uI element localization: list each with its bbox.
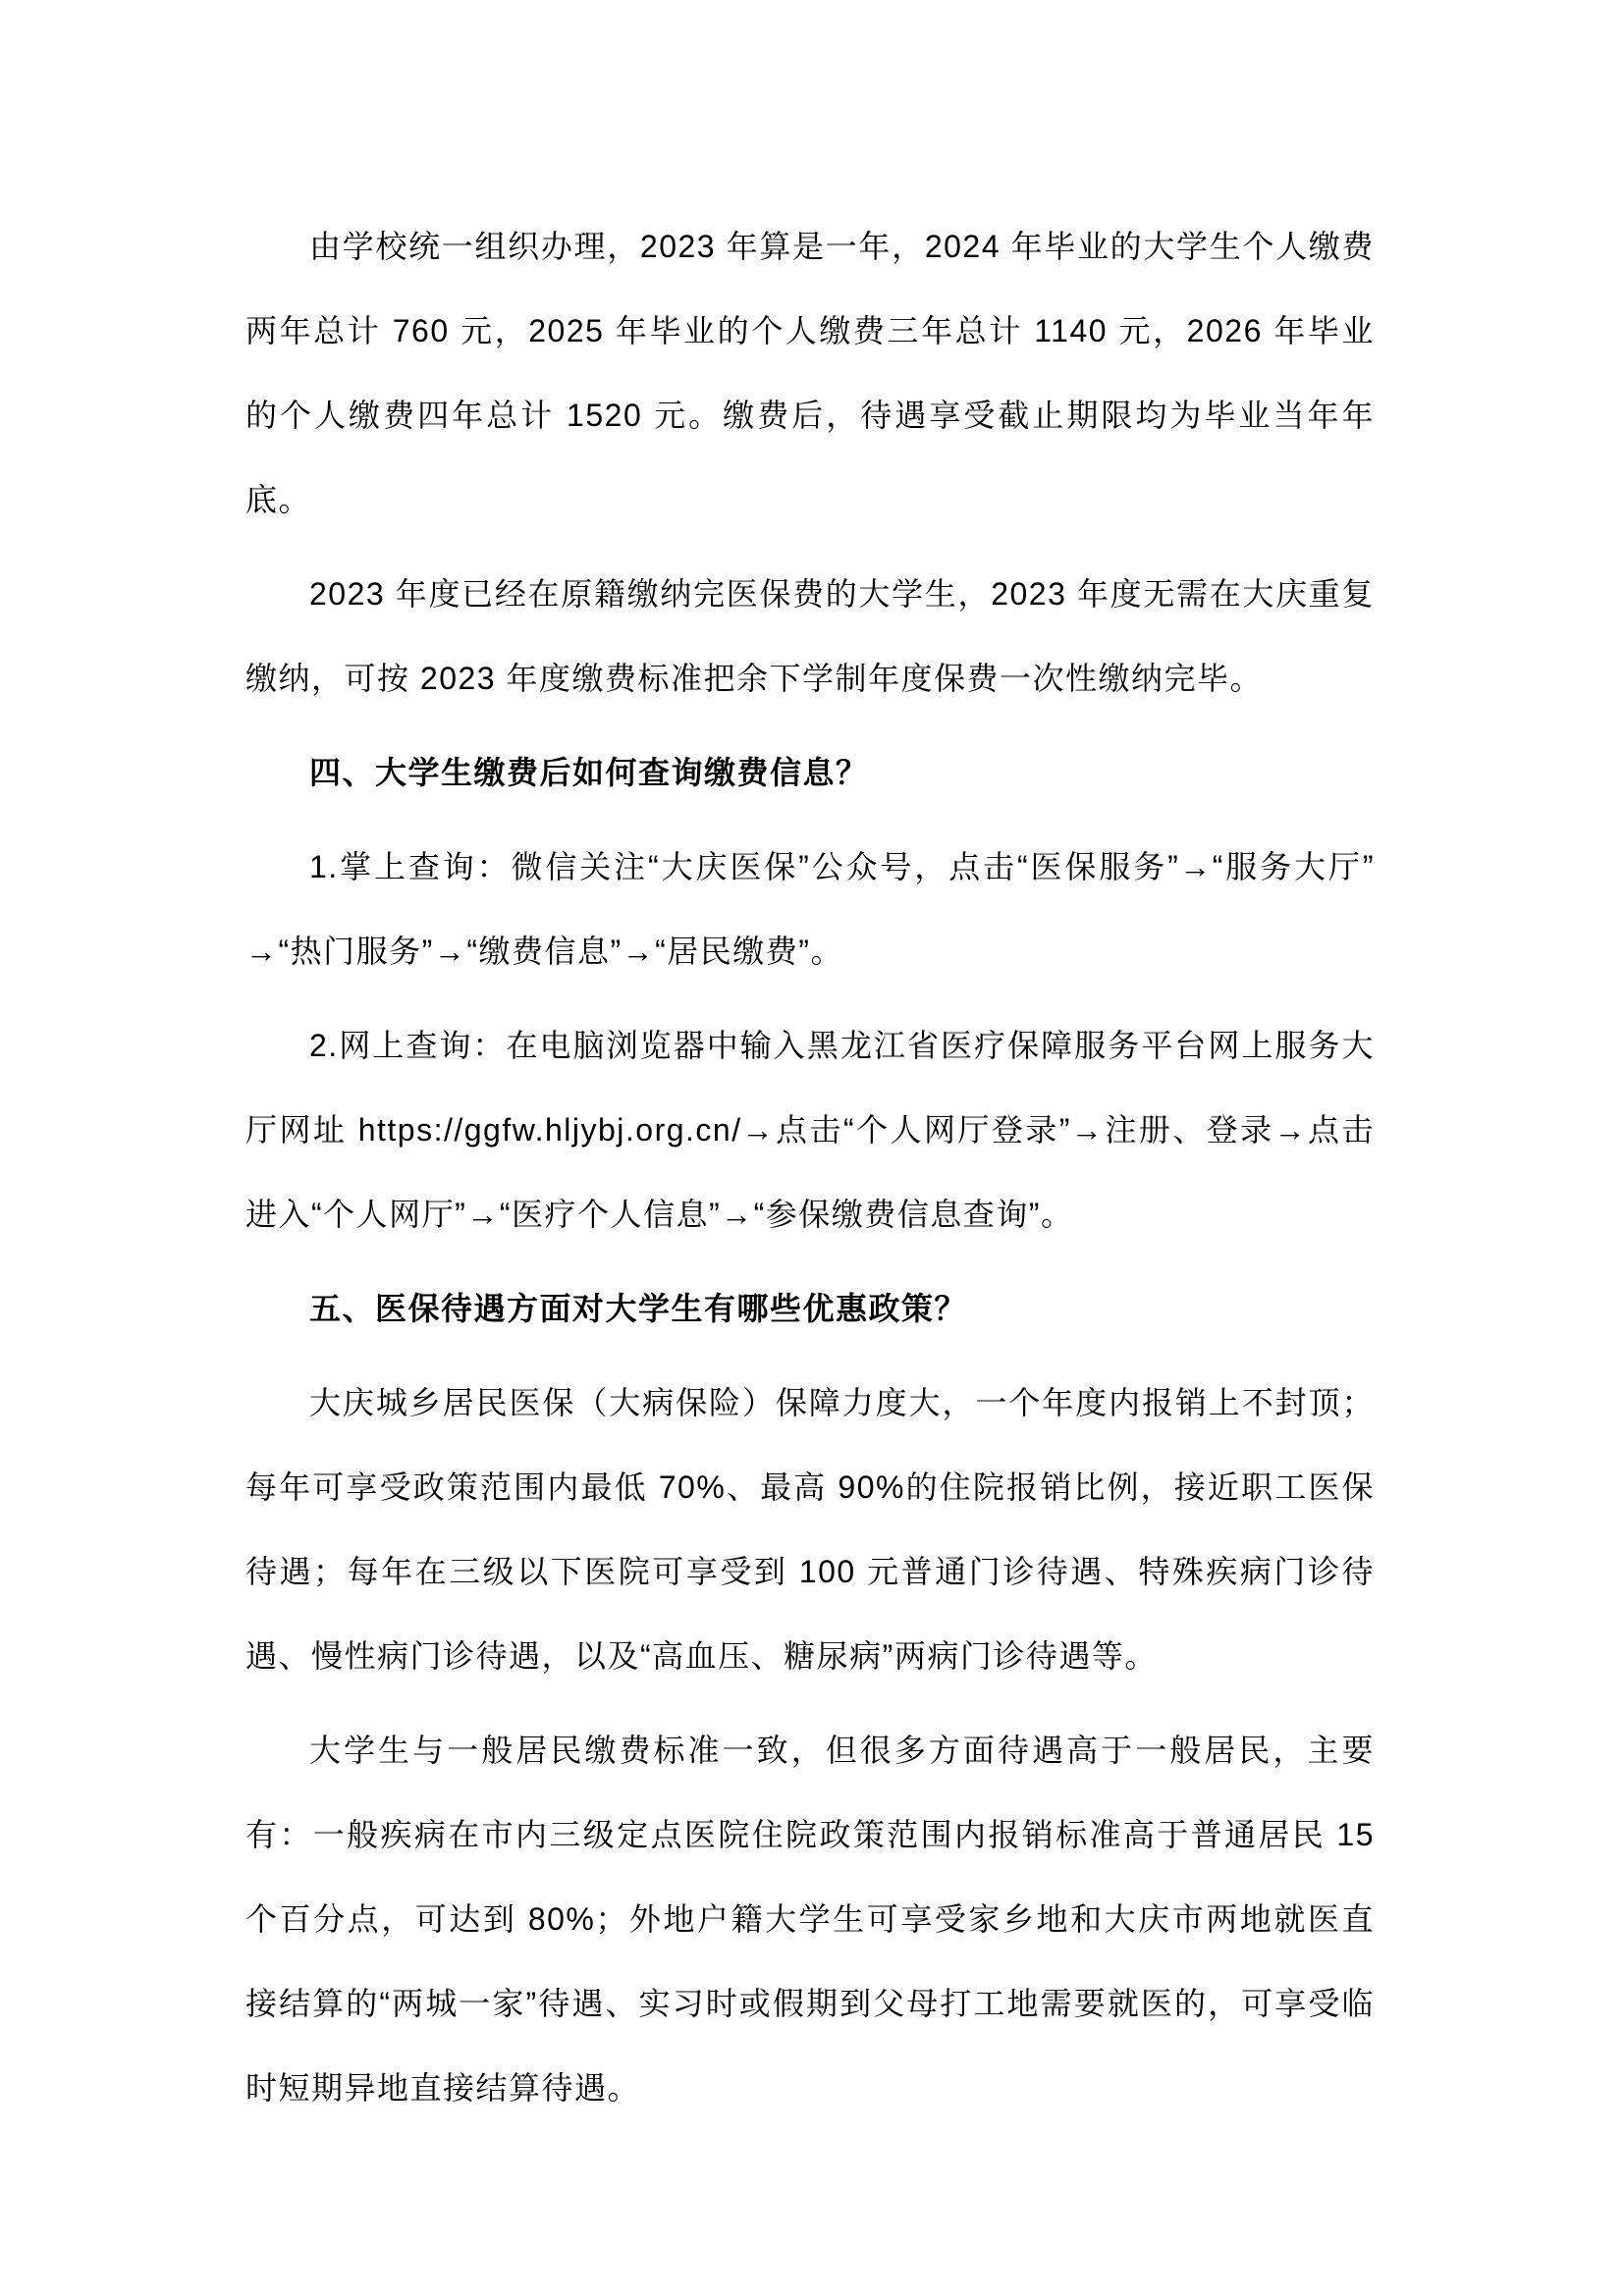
paragraph-insurance-benefits: 大庆城乡居民医保（大病保险）保障力度大，一个年度内报销上不封顶；每年可享受政策范… bbox=[245, 1361, 1375, 1698]
paragraph-web-query: 2.网上查询：在电脑浏览器中输入黑龙江省医疗保障服务平台网上服务大厅网址 htt… bbox=[245, 1003, 1375, 1256]
paragraph-school-payment-standards: 由学校统一组织办理，2023 年算是一年，2024 年毕业的大学生个人缴费两年总… bbox=[245, 204, 1375, 542]
paragraph-mobile-query: 1.掌上查询：微信关注“大庆医保”公众号，点击“医保服务”→“服务大厅”→“热门… bbox=[245, 825, 1375, 993]
heading-section-4-query-payment-info: 四、大学生缴费后如何查询缴费信息？ bbox=[245, 730, 1375, 815]
service-platform-url: https://ggfw.hljybj.org.cn/ bbox=[358, 1112, 742, 1148]
document-page: 由学校统一组织办理，2023 年算是一年，2024 年毕业的大学生个人缴费两年总… bbox=[0, 0, 1624, 2296]
heading-section-5-preferential-policies: 五、医保待遇方面对大学生有哪些优惠政策？ bbox=[245, 1266, 1375, 1351]
document-content: 由学校统一组织办理，2023 年算是一年，2024 年毕业的大学生个人缴费两年总… bbox=[245, 204, 1375, 2140]
paragraph-student-advantages: 大学生与一般居民缴费标准一致，但很多方面待遇高于一般居民，主要有：一般疾病在市内… bbox=[245, 1708, 1375, 2130]
paragraph-already-paid-2023: 2023 年度已经在原籍缴纳完医保费的大学生，2023 年度无需在大庆重复缴纳，… bbox=[245, 552, 1375, 721]
